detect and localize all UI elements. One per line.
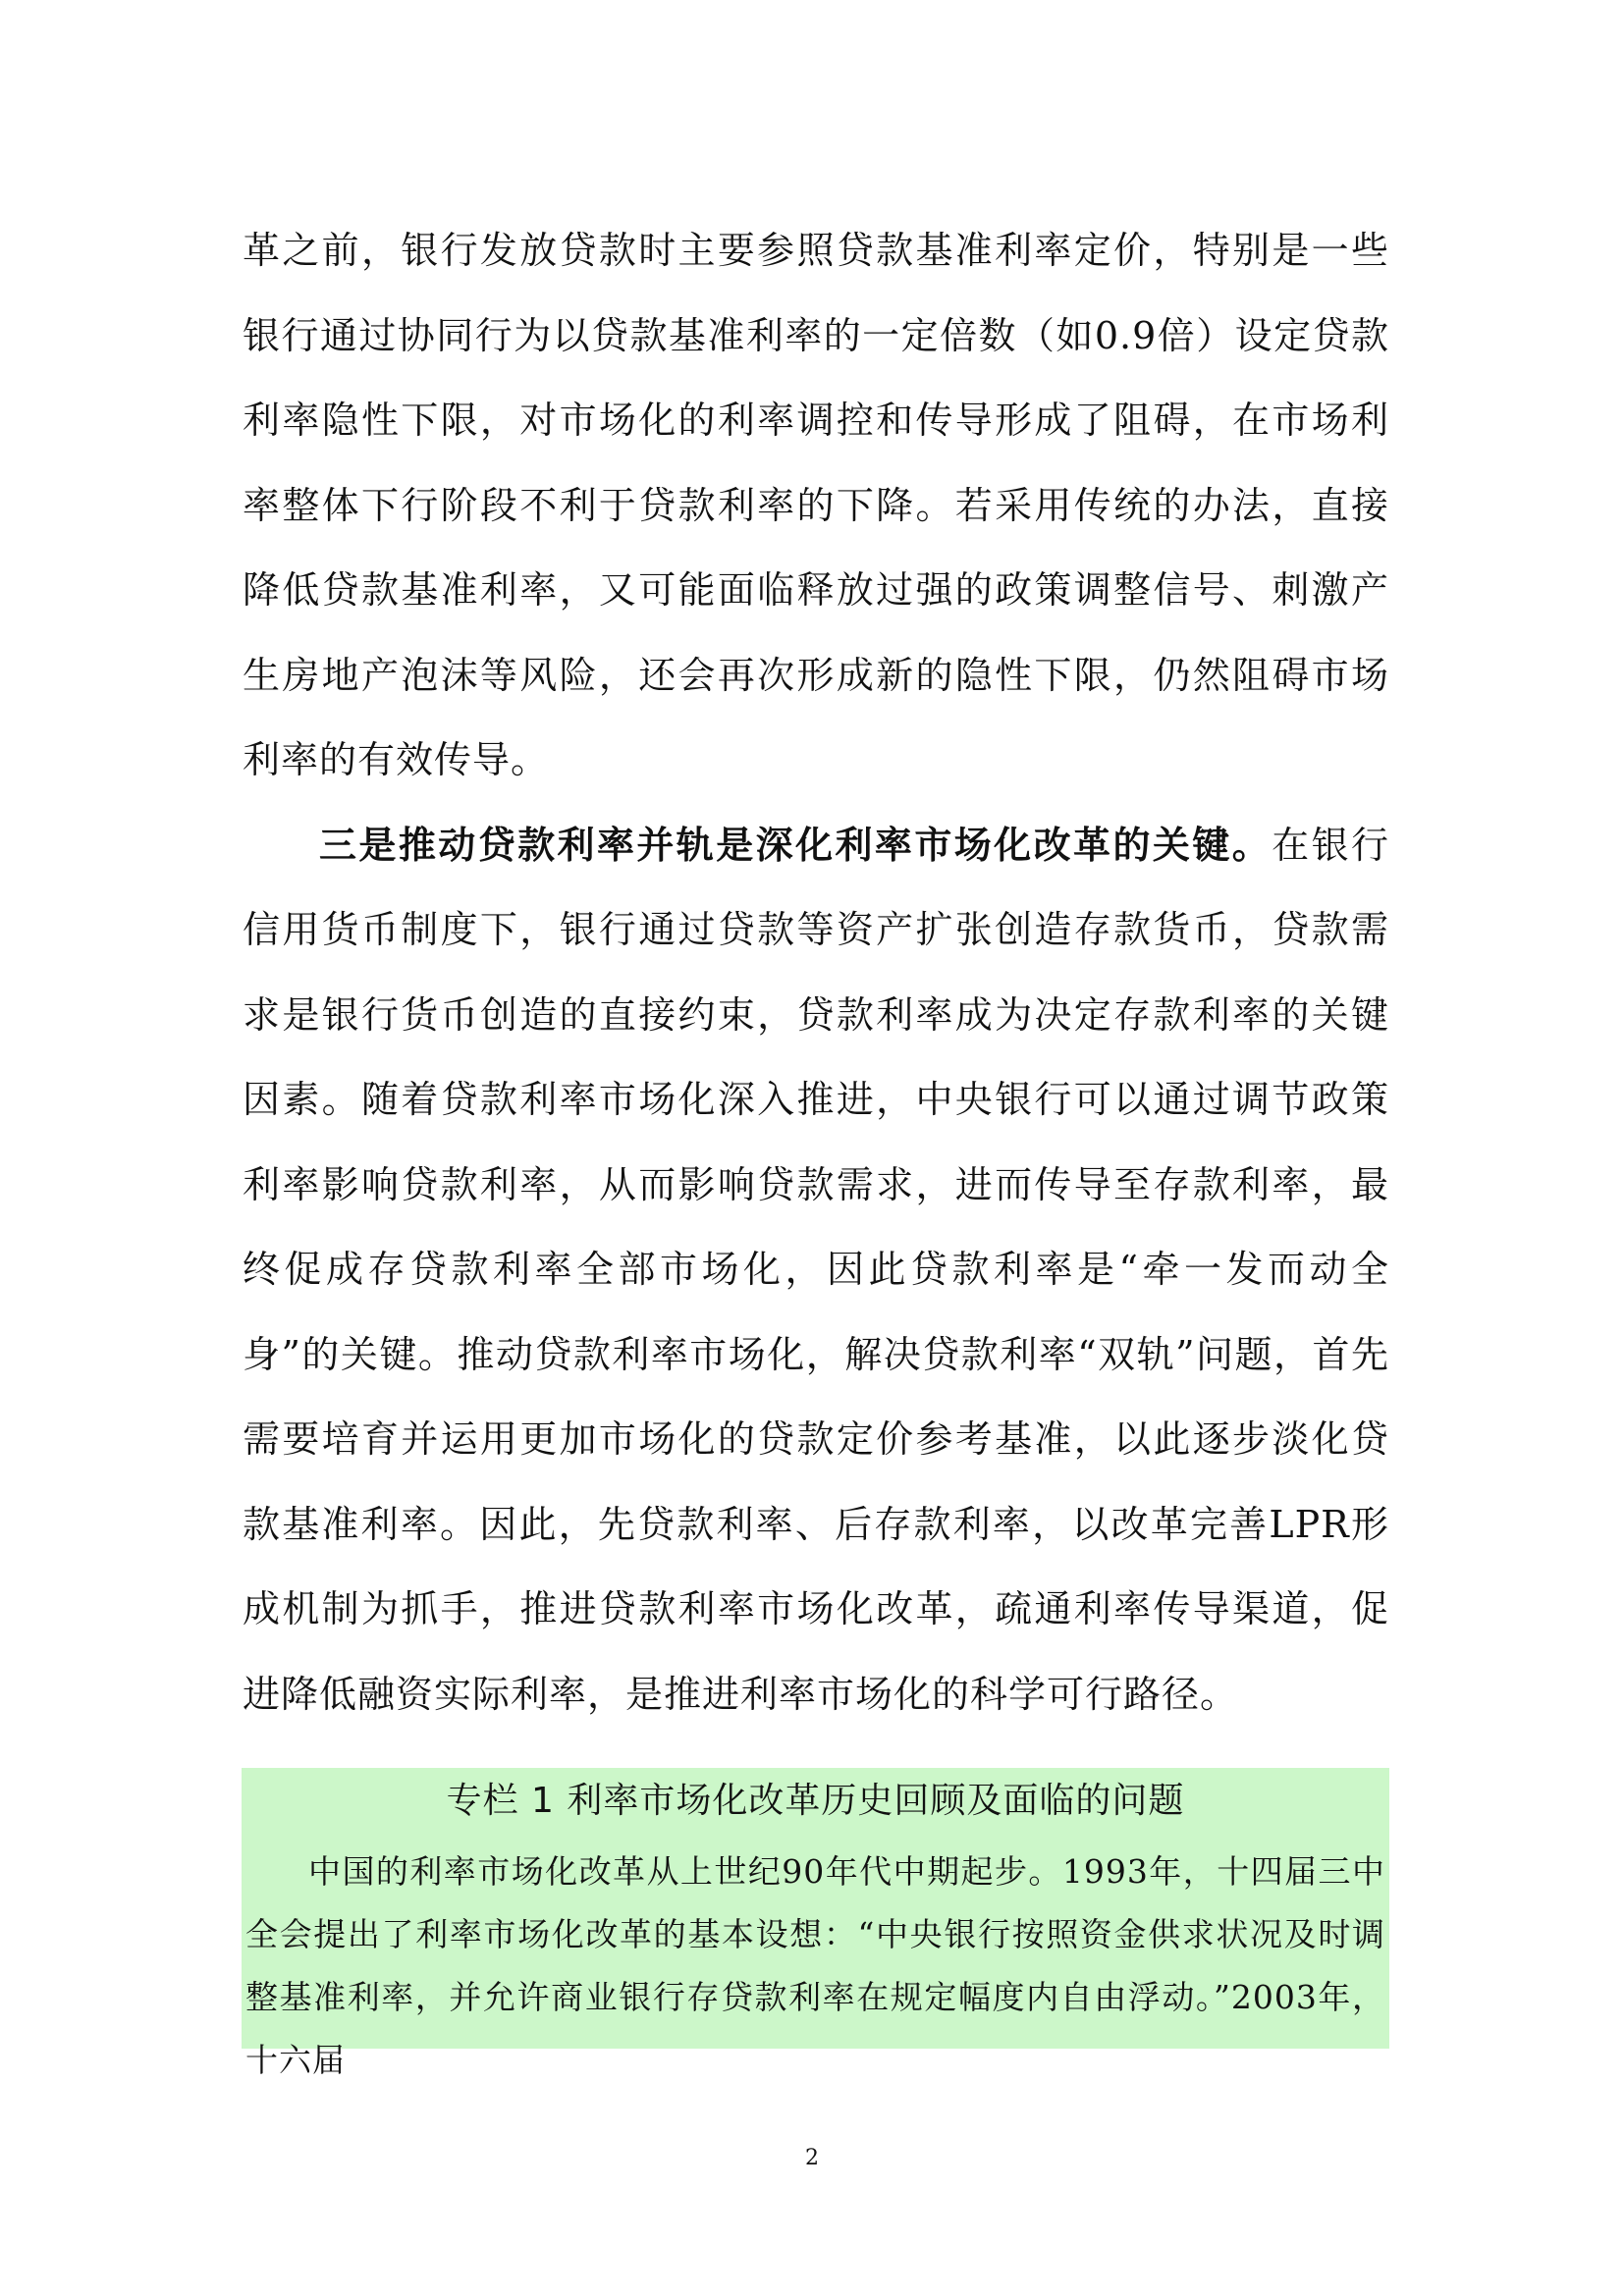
paragraph-continued: 革之前，银行发放贷款时主要参照贷款基准利率定价，特别是一些银行通过协同行为以贷款…	[243, 208, 1389, 803]
box-text: 中国的利率市场化改革从上世纪90年代中期起步。1993年，十四届三中全会提出了利…	[245, 1841, 1385, 2092]
body-text: 革之前，银行发放贷款时主要参照贷款基准利率定价，特别是一些银行通过协同行为以贷款…	[243, 208, 1389, 1736]
paragraph-text: 革之前，银行发放贷款时主要参照贷款基准利率定价，特别是一些银行通过协同行为以贷款…	[243, 229, 1389, 781]
page-number: 2	[0, 2146, 1624, 2171]
paragraph-text: 在银行信用货币制度下，银行通过贷款等资产扩张创造存款货币，贷款需求是银行货币创造…	[243, 824, 1389, 1716]
sidebar-box-column-1: 专栏 1 利率市场化改革历史回顾及面临的问题 中国的利率市场化改革从上世纪90年…	[242, 1768, 1389, 2049]
paragraph-lead-bold: 三是推动贷款利率并轨是深化利率市场化改革的关键。	[319, 824, 1272, 867]
document-page: 革之前，银行发放贷款时主要参照贷款基准利率定价，特别是一些银行通过协同行为以贷款…	[0, 0, 1624, 2296]
box-title: 专栏 1 利率市场化改革历史回顾及面临的问题	[245, 1768, 1385, 1823]
paragraph-loan-rate-merger: 三是推动贷款利率并轨是深化利率市场化改革的关键。在银行信用货币制度下，银行通过贷…	[243, 803, 1389, 1737]
